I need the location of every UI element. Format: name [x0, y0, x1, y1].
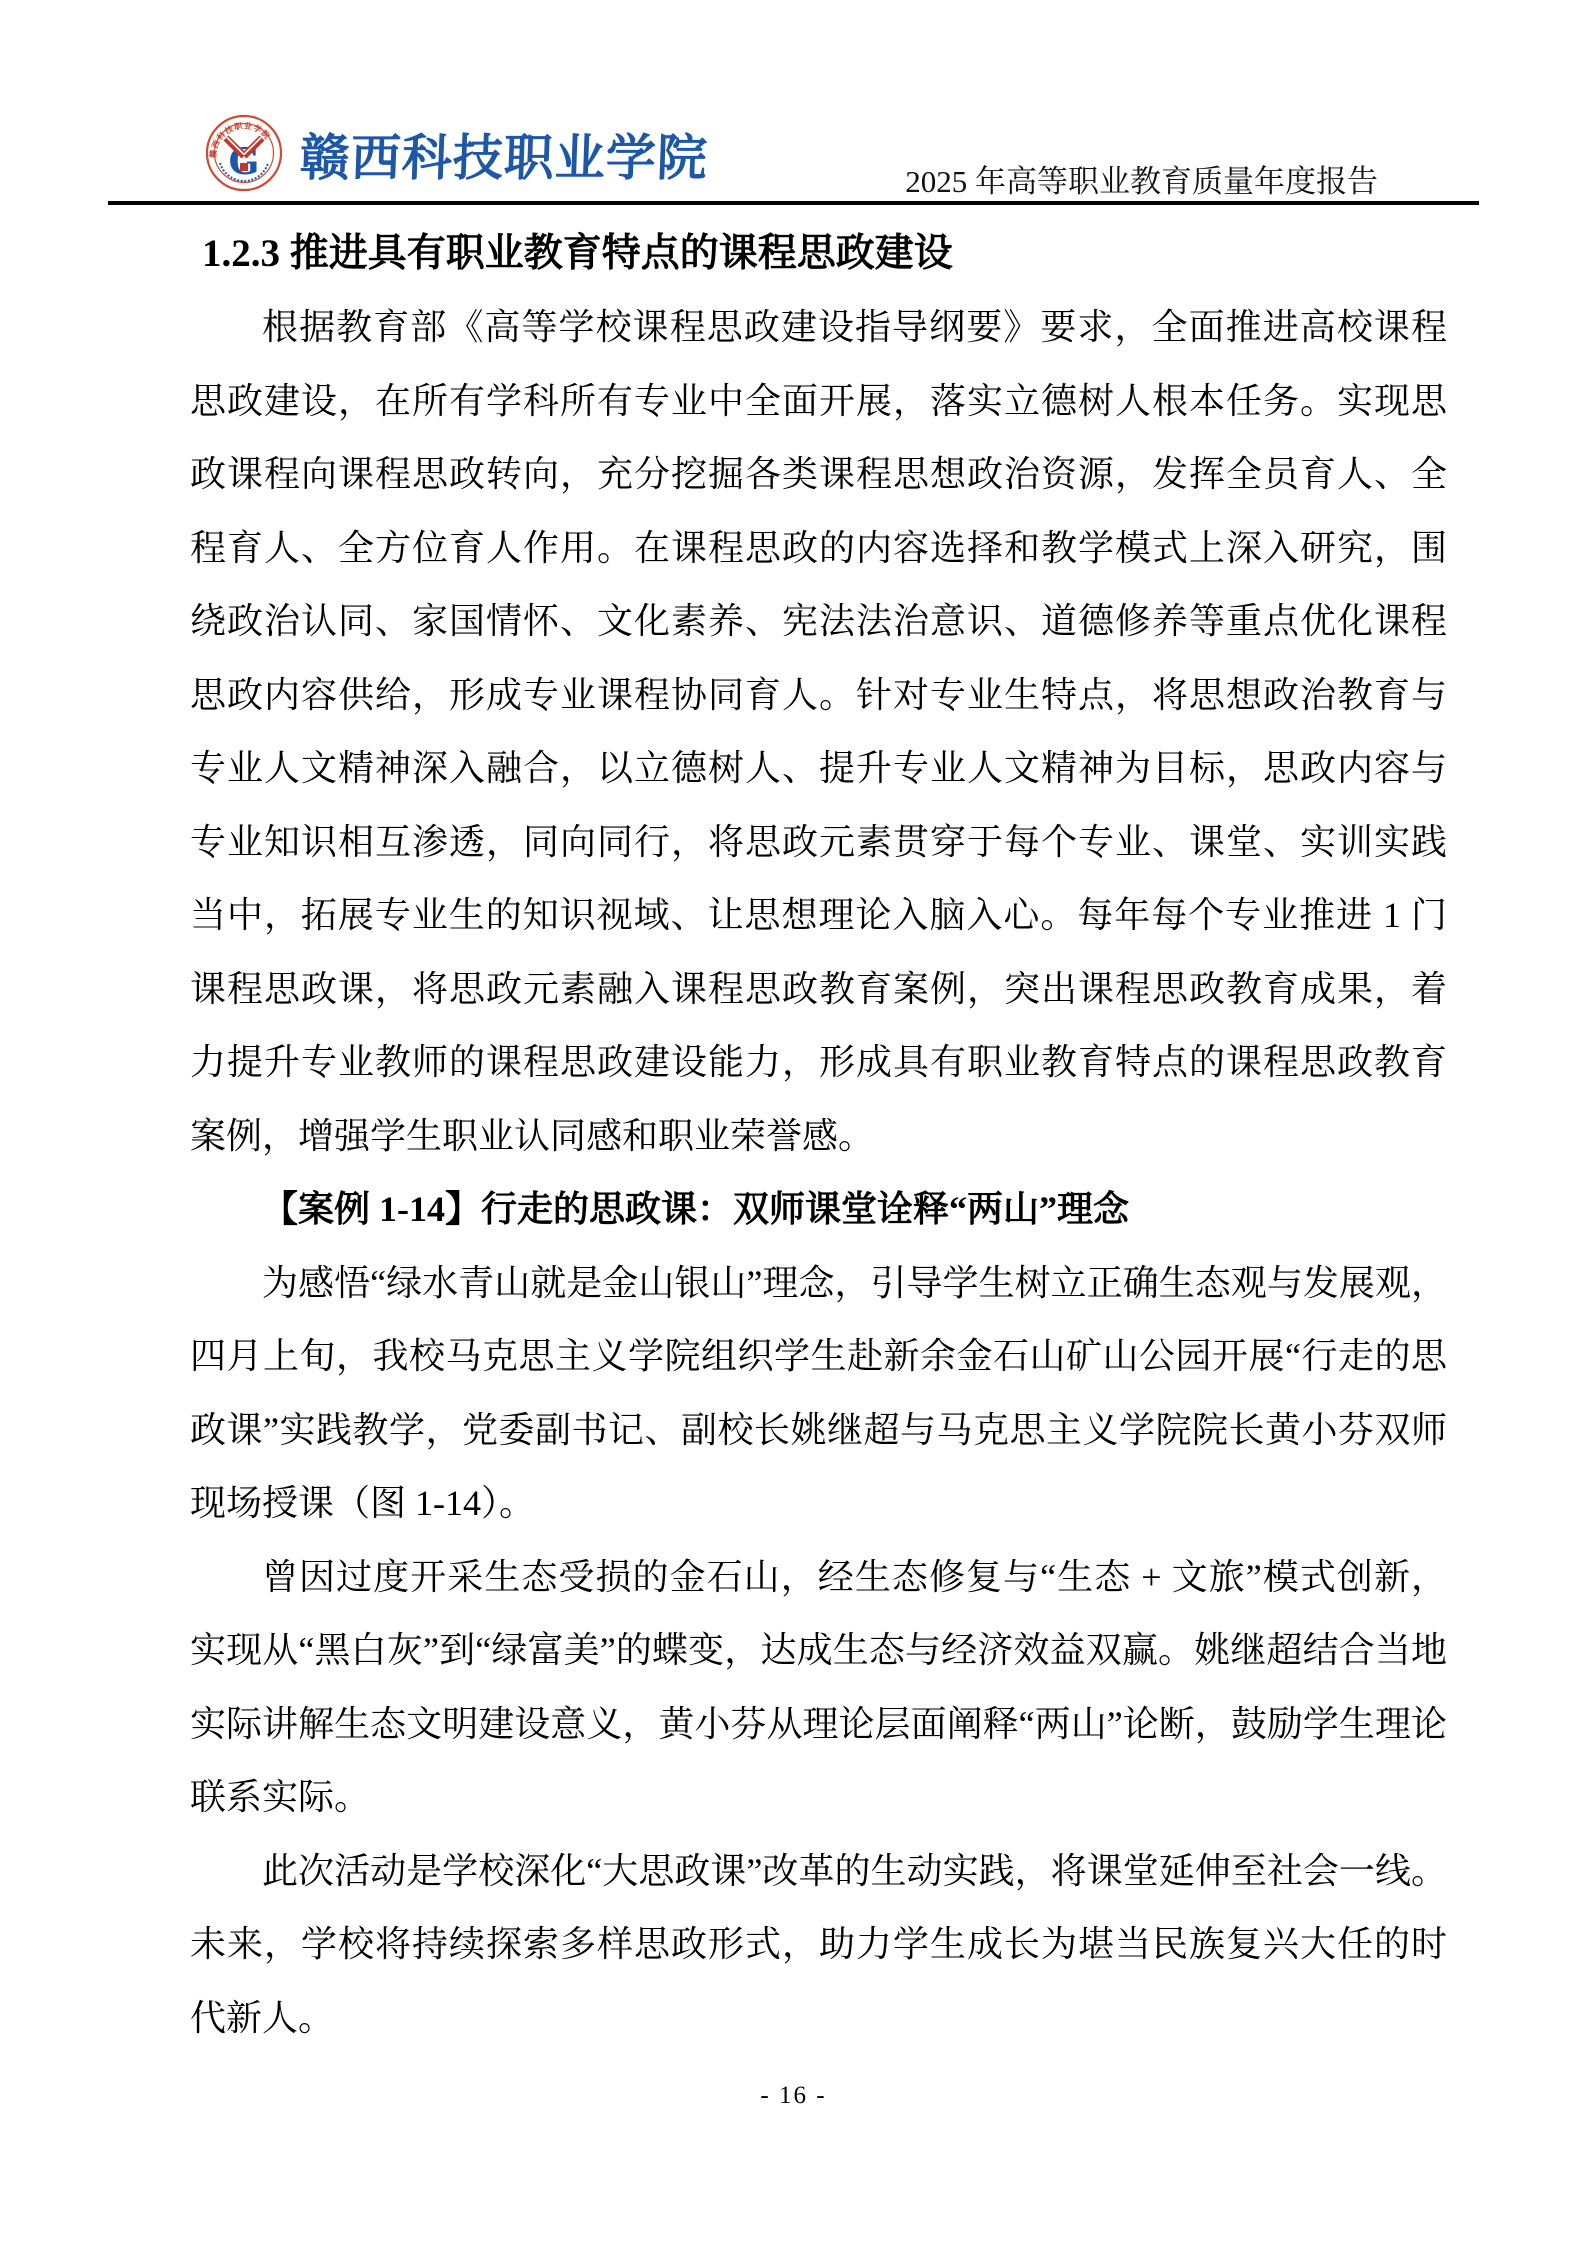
report-title: 2025 年高等职业教育质量年度报告	[905, 156, 1378, 201]
document-page: 赣西科技职业学院 G 赣西科技职业学院 2025 年高等职业教育质量年度报告 1…	[0, 0, 1587, 2245]
page-content: 1.2.3 推进具有职业教育特点的课程思政建设 根据教育部《高等学校课程思政建设…	[190, 217, 1447, 2055]
case-heading: 【案例 1-14】行走的思政课：双师课堂诠释“两山”理念	[190, 1173, 1447, 1247]
case-paragraph: 曾因过度开采生态受损的金石山，经生态修复与“生态 + 文旅”模式创新，实现从“黑…	[190, 1541, 1447, 1835]
body-paragraph: 根据教育部《高等学校课程思政建设指导纲要》要求，全面推进高校课程思政建设，在所有…	[190, 291, 1447, 1173]
logo-center-mark	[240, 163, 248, 171]
case-paragraph: 为感悟“绿水青山就是金山银山”理念，引导学生树立正确生态观与发展观，四月上旬，我…	[190, 1247, 1447, 1541]
header-rule	[108, 201, 1479, 205]
case-paragraph: 此次活动是学校深化“大思政课”改革的生动实践，将课堂延伸至社会一线。未来，学校将…	[190, 1835, 1447, 2056]
college-name: 赣西科技职业学院	[299, 118, 710, 190]
page-number: - 16 -	[0, 2082, 1587, 2110]
section-heading: 1.2.3 推进具有职业教育特点的课程思政建设	[190, 217, 1447, 291]
college-logo-icon: 赣西科技职业学院 G	[205, 114, 283, 192]
page-header: 赣西科技职业学院 G 赣西科技职业学院 2025 年高等职业教育质量年度报告	[0, 0, 1587, 205]
